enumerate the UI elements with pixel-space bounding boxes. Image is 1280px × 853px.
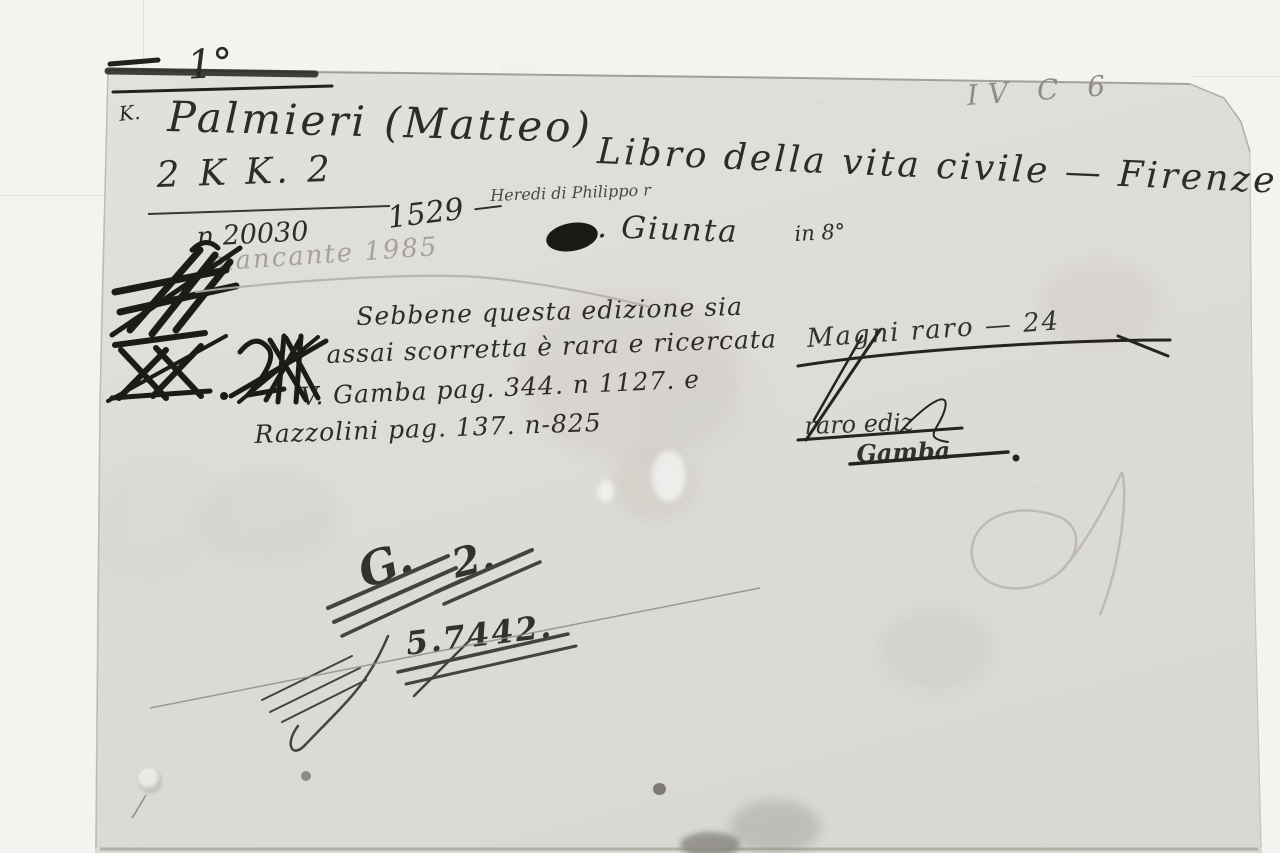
author-heading: Palmieri (Matteo) <box>167 96 594 149</box>
scanned-catalog-card-photo: 1° K. Palmieri (Matteo) Libro della vita… <box>0 0 1280 853</box>
format-note: in 8° <box>794 221 846 245</box>
cancelled-mark-2: 2. <box>448 536 498 585</box>
paper-defect-light-spot <box>598 480 614 502</box>
card-top-edge-notch <box>500 62 534 75</box>
struck-annotation-3: Gamba <box>856 439 951 466</box>
stain <box>880 610 990 690</box>
stain <box>200 470 340 570</box>
ink-dot <box>301 771 311 781</box>
ink-dot <box>653 783 666 795</box>
paper-defect-light-spot <box>652 450 686 502</box>
shelfmark: 2 K K. 2 <box>156 152 335 194</box>
smudge-bottom-right <box>730 800 820 853</box>
entry-number: 1° <box>186 43 234 86</box>
printer-name: . Giunta <box>597 212 739 248</box>
check-mark: K. <box>118 102 141 124</box>
paper-fold-horizontal-left <box>0 195 110 196</box>
punch-hole <box>138 768 161 791</box>
paper-seam-top-right <box>1192 76 1280 77</box>
struck-annotation-2: raro ediz <box>804 410 914 438</box>
stain <box>1040 260 1160 350</box>
